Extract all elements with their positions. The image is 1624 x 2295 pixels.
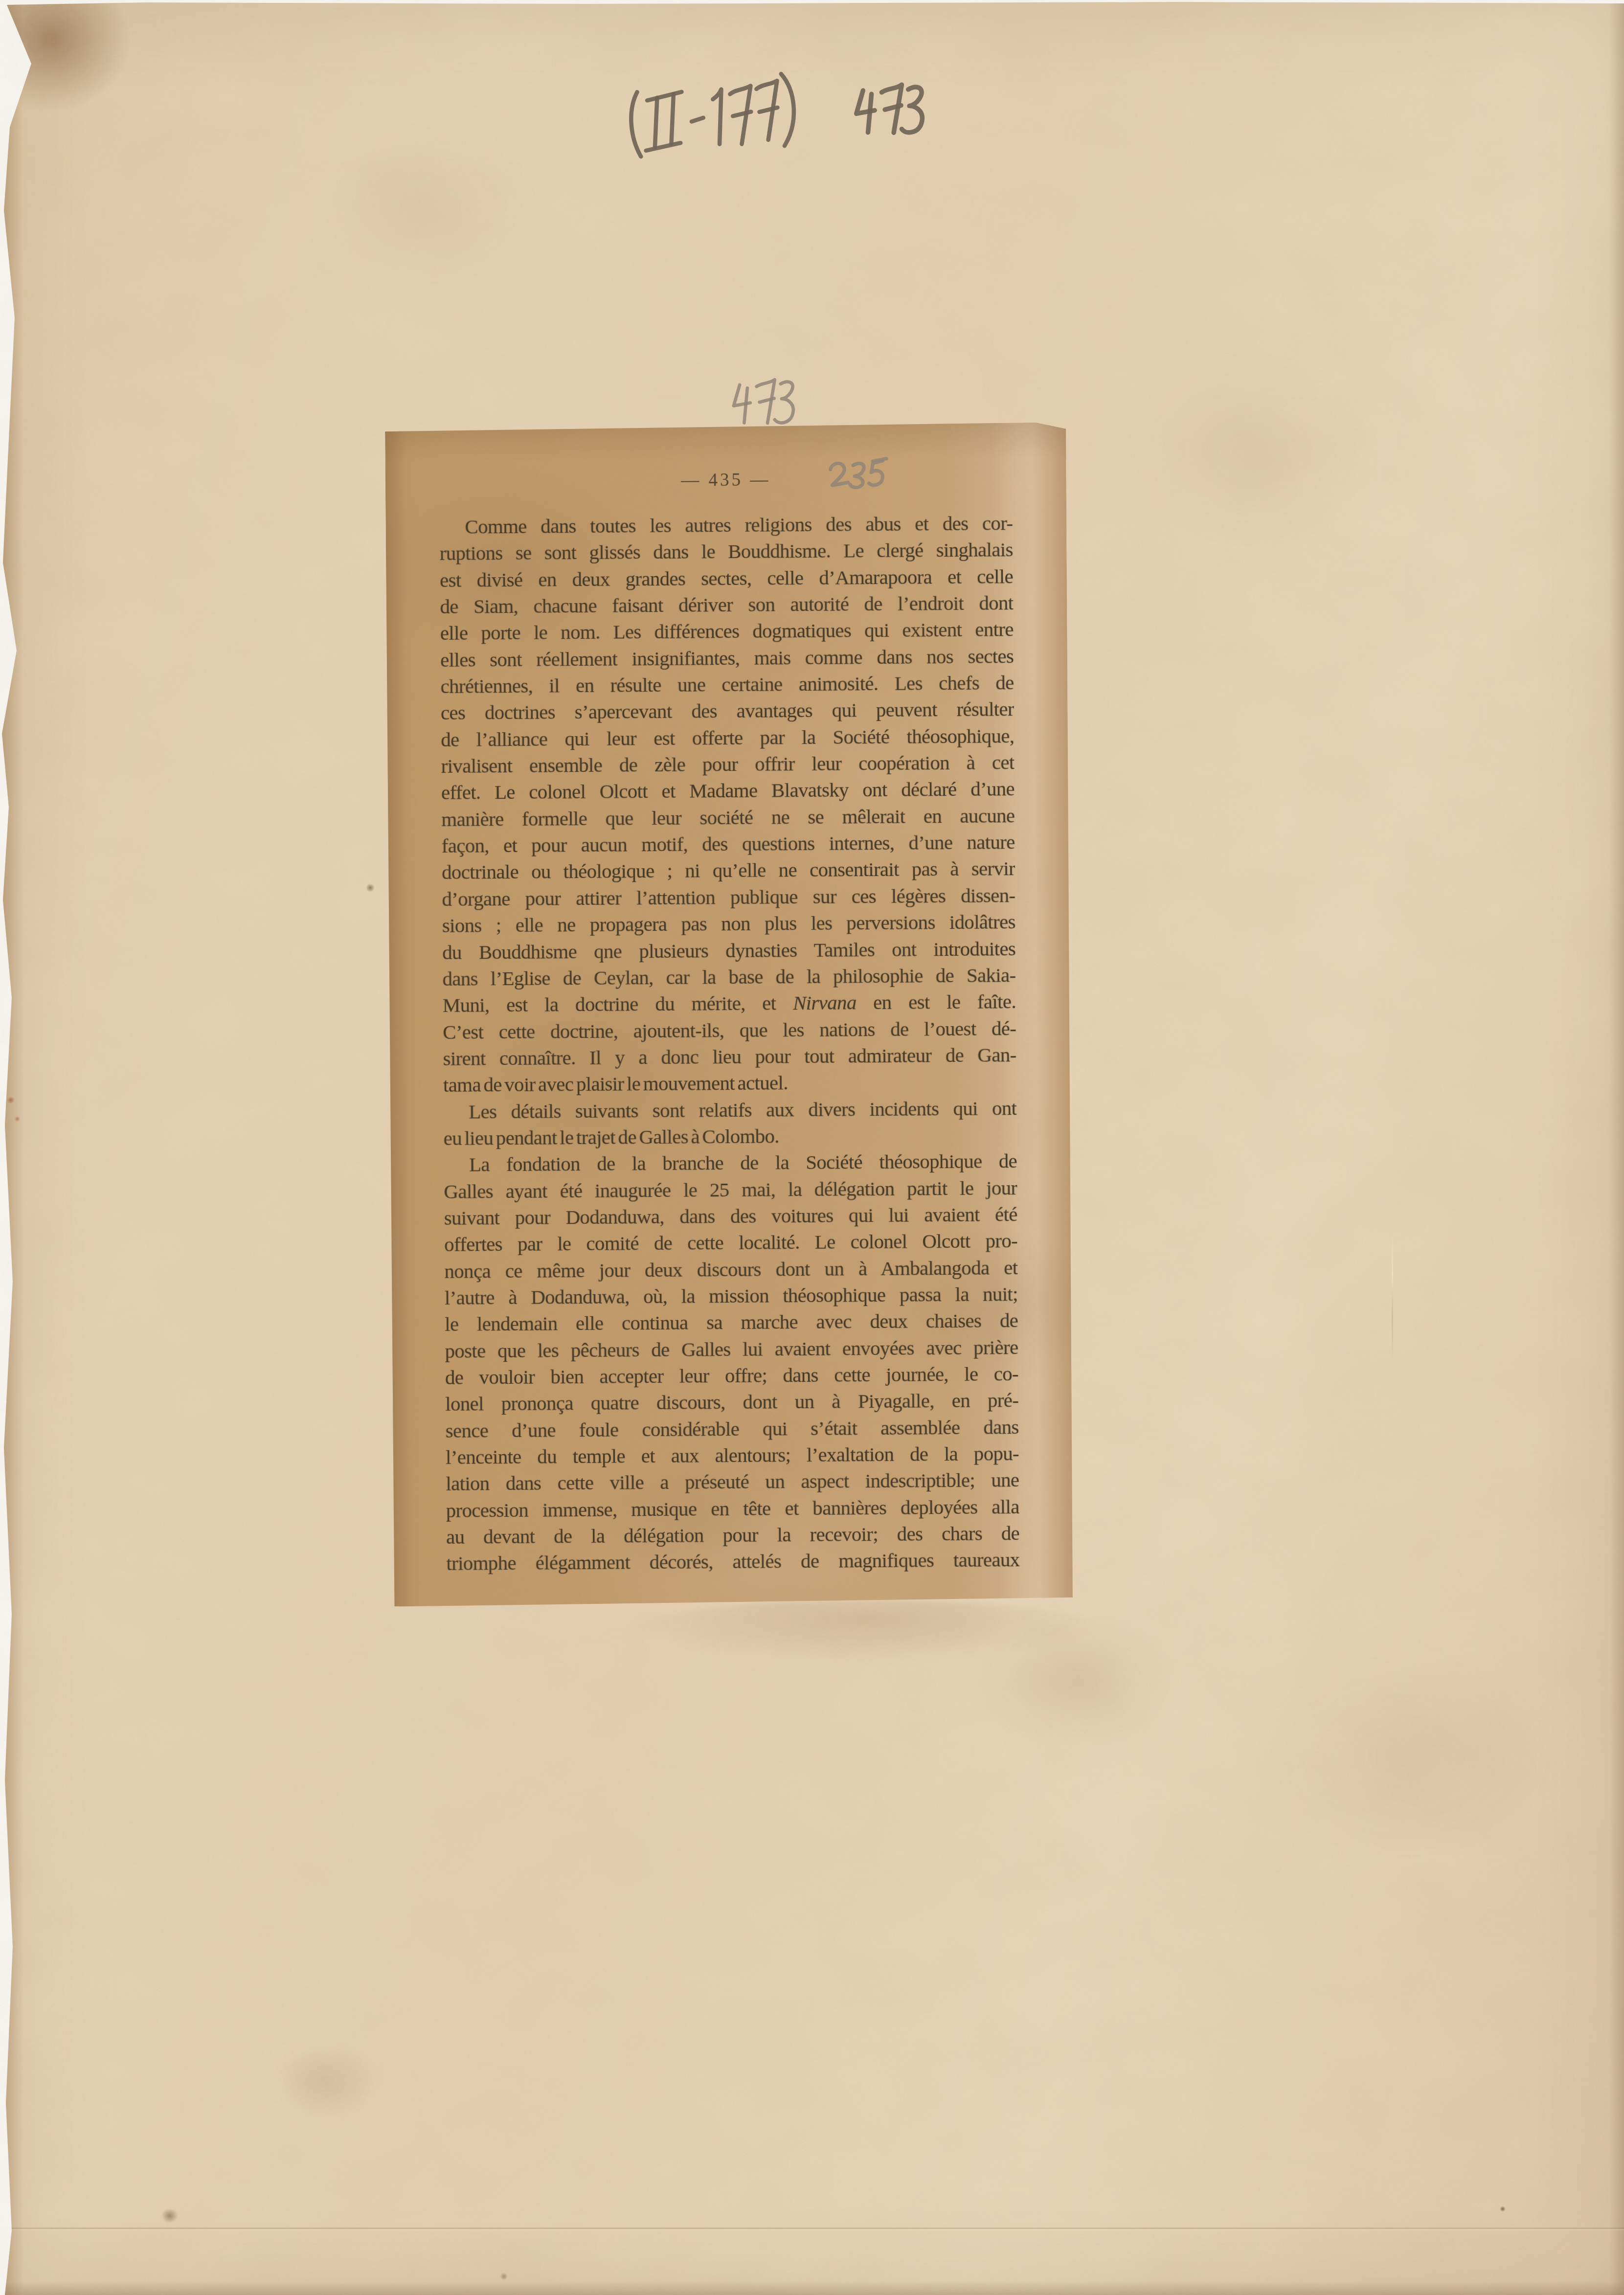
handwritten-number-pencil-clipping (825, 455, 892, 492)
backing-sheet: — 435 — Comme dans toutes les autres rel… (0, 0, 1624, 2295)
scanned-page: — 435 — Comme dans toutes les autres rel… (0, 0, 1624, 2295)
sheet-vignette (0, 0, 1624, 2295)
